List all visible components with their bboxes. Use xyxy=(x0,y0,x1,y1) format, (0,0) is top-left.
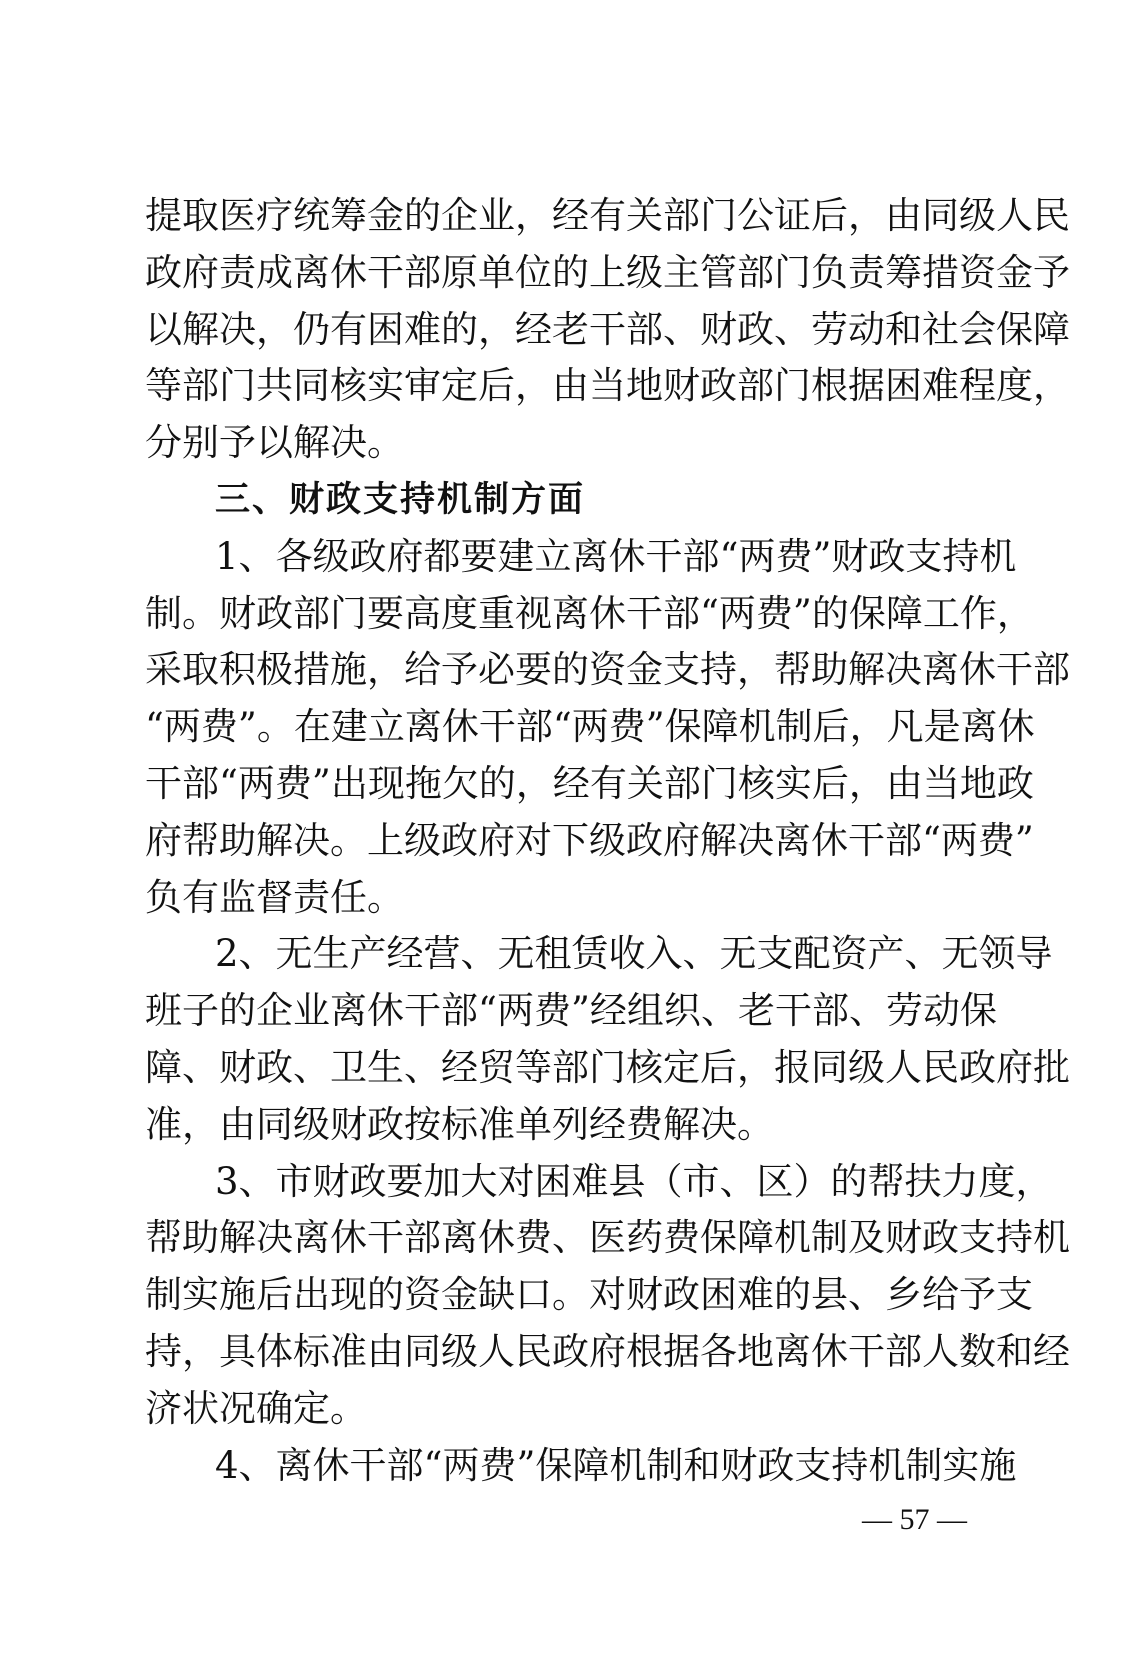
paragraph-line: 采取积极措施，给予必要的资金支持，帮助解决离休干部 xyxy=(145,642,997,699)
paragraph-line: 障、财政、卫生、经贸等部门核定后，报同级人民政府批 xyxy=(145,1040,997,1097)
paragraph-line: 政府责成离休干部原单位的上级主管部门负责筹措资金予 xyxy=(145,245,997,302)
paragraph-line: 提取医疗统筹金的企业，经有关部门公证后，由同级人民 xyxy=(145,188,997,245)
paragraph-line: 2、无生产经营、无租赁收入、无支配资产、无领导 xyxy=(145,926,997,983)
paragraph-line: 3、市财政要加大对困难县（市、区）的帮扶力度， xyxy=(145,1154,997,1211)
section-heading: 三、财政支持机制方面 xyxy=(145,472,997,529)
paragraph-line: 持，具体标准由同级人民政府根据各地离休干部人数和经 xyxy=(145,1324,997,1381)
paragraph-line: 负有监督责任。 xyxy=(145,870,997,927)
body-text: 提取医疗统筹金的企业，经有关部门公证后，由同级人民 政府责成离休干部原单位的上级… xyxy=(145,188,997,1494)
paragraph-line: 4、离休干部“两费”保障机制和财政支持机制实施 xyxy=(145,1438,997,1495)
paragraph-line: 等部门共同核实审定后，由当地财政部门根据困难程度， xyxy=(145,358,997,415)
paragraph-line: 帮助解决离休干部离休费、医药费保障机制及财政支持机 xyxy=(145,1210,997,1267)
paragraph-line: 制实施后出现的资金缺口。对财政困难的县、乡给予支 xyxy=(145,1267,997,1324)
paragraph-line: 分别予以解决。 xyxy=(145,415,997,472)
paragraph-line: 准，由同级财政按标准单列经费解决。 xyxy=(145,1097,997,1154)
paragraph-line: “两费”。在建立离休干部“两费”保障机制后，凡是离休 xyxy=(145,699,997,756)
paragraph-line: 制。财政部门要高度重视离休干部“两费”的保障工作， xyxy=(145,586,997,643)
paragraph-line: 府帮助解决。上级政府对下级政府解决离休干部“两费” xyxy=(145,813,997,870)
page-number: — 57 — xyxy=(862,1500,967,1540)
paragraph-line: 济状况确定。 xyxy=(145,1381,997,1438)
paragraph-line: 班子的企业离休干部“两费”经组织、老干部、劳动保 xyxy=(145,983,997,1040)
document-page: 提取医疗统筹金的企业，经有关部门公证后，由同级人民 政府责成离休干部原单位的上级… xyxy=(0,0,1142,1654)
paragraph-line: 干部“两费”出现拖欠的，经有关部门核实后，由当地政 xyxy=(145,756,997,813)
paragraph-line: 1、各级政府都要建立离休干部“两费”财政支持机 xyxy=(145,529,997,586)
paragraph-line: 以解决，仍有困难的，经老干部、财政、劳动和社会保障 xyxy=(145,302,997,359)
